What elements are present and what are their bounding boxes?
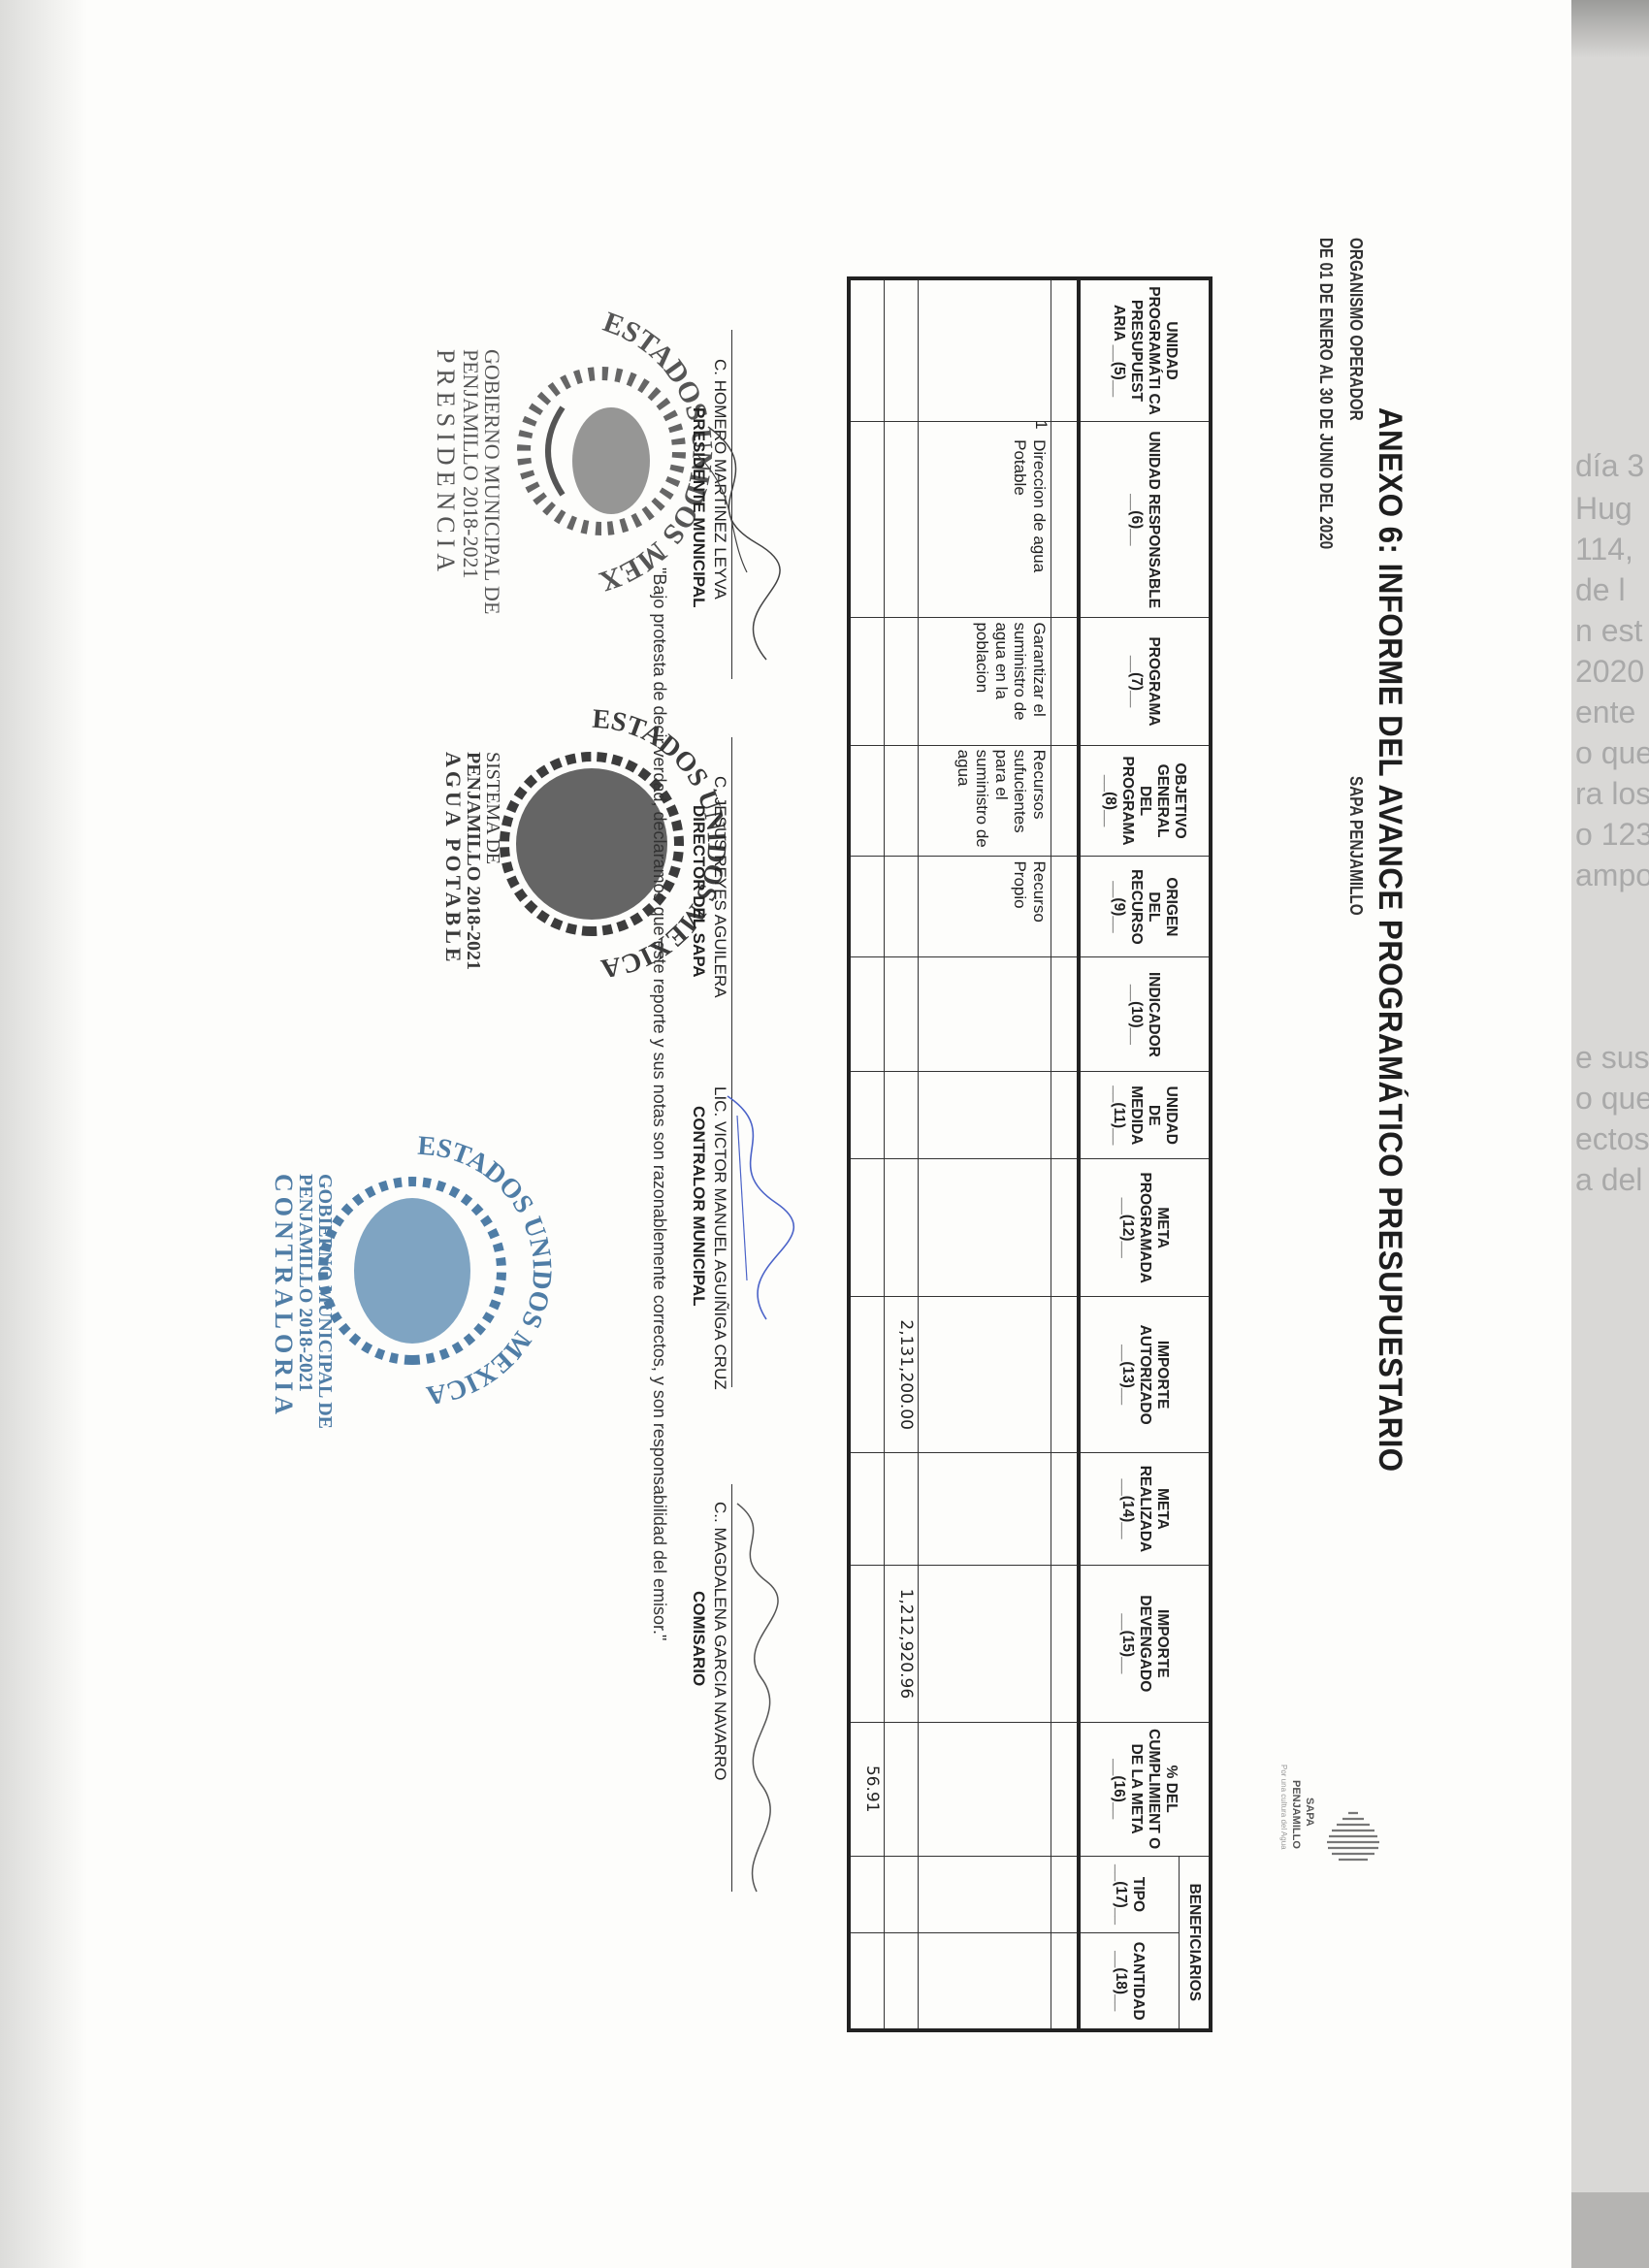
logo-tagline: Por una cultura del Agua: [1279, 1765, 1288, 1850]
stamp-line: PRESIDENCIA: [433, 349, 458, 577]
document-title: ANEXO 6: INFORME DEL AVANCE PROGRAMÁTICO…: [1371, 407, 1408, 1473]
cell-importe-autorizado: [919, 1297, 1051, 1453]
cell-importe-devengado: 1,212,920.96: [885, 1565, 919, 1722]
sapa-logo: SAPA PENJAMILLO Por una cultura del Agua: [1271, 1770, 1387, 1887]
cell-meta-realizada: [919, 1453, 1051, 1566]
header-importe-autorizado: IMPORTE AUTORIZADO __(13)__: [1079, 1297, 1211, 1453]
cell-origen: Recurso Propio: [919, 857, 1051, 957]
unidad-responsable-text: Direccion de agua Potable: [1011, 426, 1049, 613]
report-table: UNIDAD PROGRAMÁTI CA PRESUPUEST ARIA __(…: [847, 276, 1212, 2032]
water-drop-icon: [1319, 1799, 1387, 1867]
organismo-label: ORGANISMO OPERADOR: [1345, 238, 1366, 421]
header-objetivo: OBJETIVO GENERAL DEL PROGRAMA __(8)__: [1079, 745, 1211, 857]
stamp-line: GOBIERNO MUNICIPAL DE: [481, 349, 502, 614]
header-origen: ORIGEN DEL RECURSO __(9)__: [1079, 857, 1211, 957]
stamp-line: CONTRALORIA: [271, 1174, 296, 1419]
cell-cumplimiento: 56.91: [849, 1722, 885, 1856]
table-row: 56.91: [849, 278, 885, 2030]
cell-meta-programada: [919, 1159, 1051, 1297]
cell-unidad-medida: [919, 1072, 1051, 1159]
header-meta-programada: META PROGRAMADA __(12)__: [1079, 1159, 1211, 1297]
signature-scribble: [679, 417, 795, 669]
stamp-line: SISTEMA DE: [483, 752, 502, 864]
table-row: 2,131,200.00 1,212,920.96: [885, 278, 919, 2030]
cell-importe-devengado: [919, 1565, 1051, 1722]
rotated-document: ANEXO 6: INFORME DEL AVANCE PROGRAMÁTICO…: [0, 0, 1649, 2268]
table-row: [1051, 278, 1080, 2030]
contraloria-stamp: ESTADOS UNIDOS MEXICANOS GOBIERNO MUNICI…: [281, 1125, 572, 1416]
cell-objetivo: Recursos sufucientes para el suministro …: [919, 745, 1051, 857]
header-unidad-programatica: UNIDAD PROGRAMÁTI CA PRESUPUEST ARIA __(…: [1079, 278, 1211, 422]
declaration-text: "Bajo protesta de decir verdad, declaram…: [649, 567, 669, 1640]
cell-programa: Garantizar el suministro de agua en la p…: [919, 618, 1051, 745]
report-period: DE 01 DE ENERO AL 30 DE JUNIO DEL 2020: [1315, 238, 1336, 549]
signer-role-contralor: CONTRALOR MUNICIPAL: [689, 1106, 708, 1307]
header-unidad-responsable: UNIDAD RESPONSABLE __(6)__: [1079, 422, 1211, 618]
logo-name: SAPA: [1304, 1798, 1315, 1827]
signer-role-comisario: COMISARIO: [689, 1591, 708, 1686]
stamp-line: PENJAMILLO 2018-2021: [460, 349, 481, 579]
cell-importe-autorizado: 2,131,200.00: [885, 1297, 919, 1453]
table-row: 1Direccion de agua Potable Garantizar el…: [919, 278, 1051, 2030]
cell-indicador: [919, 957, 1051, 1072]
logo-city: PENJAMILLO: [1290, 1780, 1302, 1849]
header-cumplimiento: % DEL CUMPLIMIENT O DE LA META __(16)__: [1079, 1722, 1211, 1856]
organismo-name: SAPA PENJAMILLO: [1345, 776, 1366, 916]
header-programa: PROGRAMA __(7)__: [1079, 618, 1211, 745]
cell-cantidad: [919, 1933, 1051, 2030]
stamp-line: AGUA POTABLE: [442, 752, 464, 966]
signer-name-director: C. JESUS REYES AGUILERA: [710, 776, 729, 998]
signer-name-comisario: C.. MAGDALENA GARCIA NAVARRO: [710, 1502, 729, 1781]
stamp-line: PENJAMILLO 2018-2021: [464, 752, 483, 970]
signature-line-director: [731, 737, 732, 1067]
header-tipo: TIPO __(17)__: [1079, 1856, 1180, 1933]
header-unidad-medida: UNIDAD DE MEDIDA __(11)__: [1079, 1072, 1211, 1159]
header-importe-devengado: IMPORTE DEVENGADO __(15)__: [1079, 1565, 1211, 1722]
header-meta-realizada: META REALIZADA __(14)__: [1079, 1453, 1211, 1566]
cell-unidad-programatica: [919, 278, 1051, 422]
header-cantidad: CANTIDAD __(18)__: [1079, 1933, 1180, 2030]
stamp-line: GOBIERNO MUNICIPAL DE: [315, 1174, 335, 1429]
table-header-row: UNIDAD PROGRAMÁTI CA PRESUPUEST ARIA __(…: [1180, 278, 1212, 2030]
stamp-line: PENJAMILLO 2018-2021: [296, 1174, 315, 1392]
header-beneficiarios: BENEFICIARIOS: [1180, 1856, 1212, 2030]
cell-cumplimiento: [919, 1722, 1051, 1856]
signer-name-contralor: LIC. VICTOR MANUEL AGUIÑIGA CRUZ: [710, 1086, 729, 1390]
row-number: 1: [1031, 420, 1051, 429]
signer-role-director: DIRECTOR DEL SAPA: [689, 805, 708, 978]
cell-tipo: [919, 1856, 1051, 1933]
cell-unidad-responsable: 1Direccion de agua Potable: [919, 422, 1051, 618]
header-indicador: INDICADOR __(10)__: [1079, 957, 1211, 1072]
